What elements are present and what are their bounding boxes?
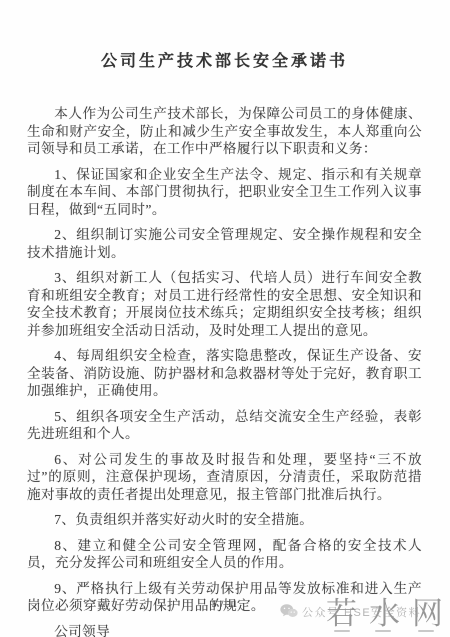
commitment-item-5: 5、组织各项安全生产活动，总结交流安全生产经验，表彰先进班组和个人。 — [27, 408, 422, 443]
commitment-item-4: 4、每周组织安全检查，落实隐患整改，保证生产设备、安全装备、消防设施、防护器材和… — [27, 347, 422, 400]
watermark-large-text: 若水网 — [326, 588, 450, 633]
watermark-underline-marks — [330, 630, 450, 633]
intro-paragraph: 本人作为公司生产技术部长，为保障公司员工的身体健康、生命和财产安全，防止和减少生… — [27, 105, 422, 158]
commitment-item-1: 1、保证国家和企业安全生产法令、规定、指示和有关规章制度在本车间、本部门贯彻执行… — [27, 166, 422, 219]
commitment-item-2: 2、组织制订实施公司安全管理规定、安全操作规程和安全技术措施计划。 — [27, 226, 422, 261]
document-page: 公司生产技术部长安全承诺书 本人作为公司生产技术部长，为保障公司员工的身体健康、… — [0, 0, 450, 637]
commitment-item-3: 3、组织对新工人（包括实习、代培人员）进行车间安全教育和班组安全教育；对员工进行… — [27, 269, 422, 339]
commitment-item-8: 8、建立和健全公司安全管理网，配备合格的安全技术人员，充分发挥公司和班组安全人员… — [27, 537, 422, 572]
watermark: 公众号 HSE安全资料 若水网 — [280, 590, 450, 637]
commitment-item-6: 6、对公司发生的事故及时报告和处理，要坚持“三不放过”的原则，注意保护现场，查清… — [27, 451, 422, 504]
document-title: 公司生产技术部长安全承诺书 — [27, 48, 422, 71]
commitment-item-7: 7、负责组织并落实好动火时的安全措施。 — [27, 511, 422, 529]
wechat-icon — [280, 603, 298, 619]
